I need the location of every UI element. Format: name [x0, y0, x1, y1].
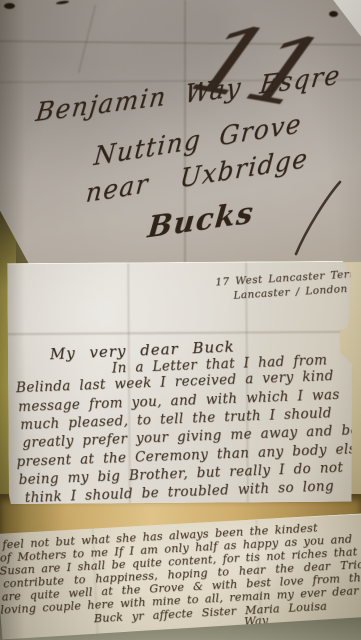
photo-of-handwritten-letters: 11 Benjamin Way Esqre Nutting Grove near…: [0, 0, 361, 640]
crease: [78, 5, 97, 73]
pen-flourish: [292, 178, 344, 258]
address-line: Bucks: [146, 195, 256, 245]
letter-sheet: 17 West Lancaster Terr Lancaster / Londo…: [7, 261, 353, 504]
ink-speck: [4, 3, 15, 9]
ink-speck: [56, 0, 69, 5]
envelope-address-leaf: 11 Benjamin Way Esqre Nutting Grove near…: [0, 0, 361, 270]
ink-speck: [329, 11, 338, 17]
fold-crease: [8, 331, 352, 335]
